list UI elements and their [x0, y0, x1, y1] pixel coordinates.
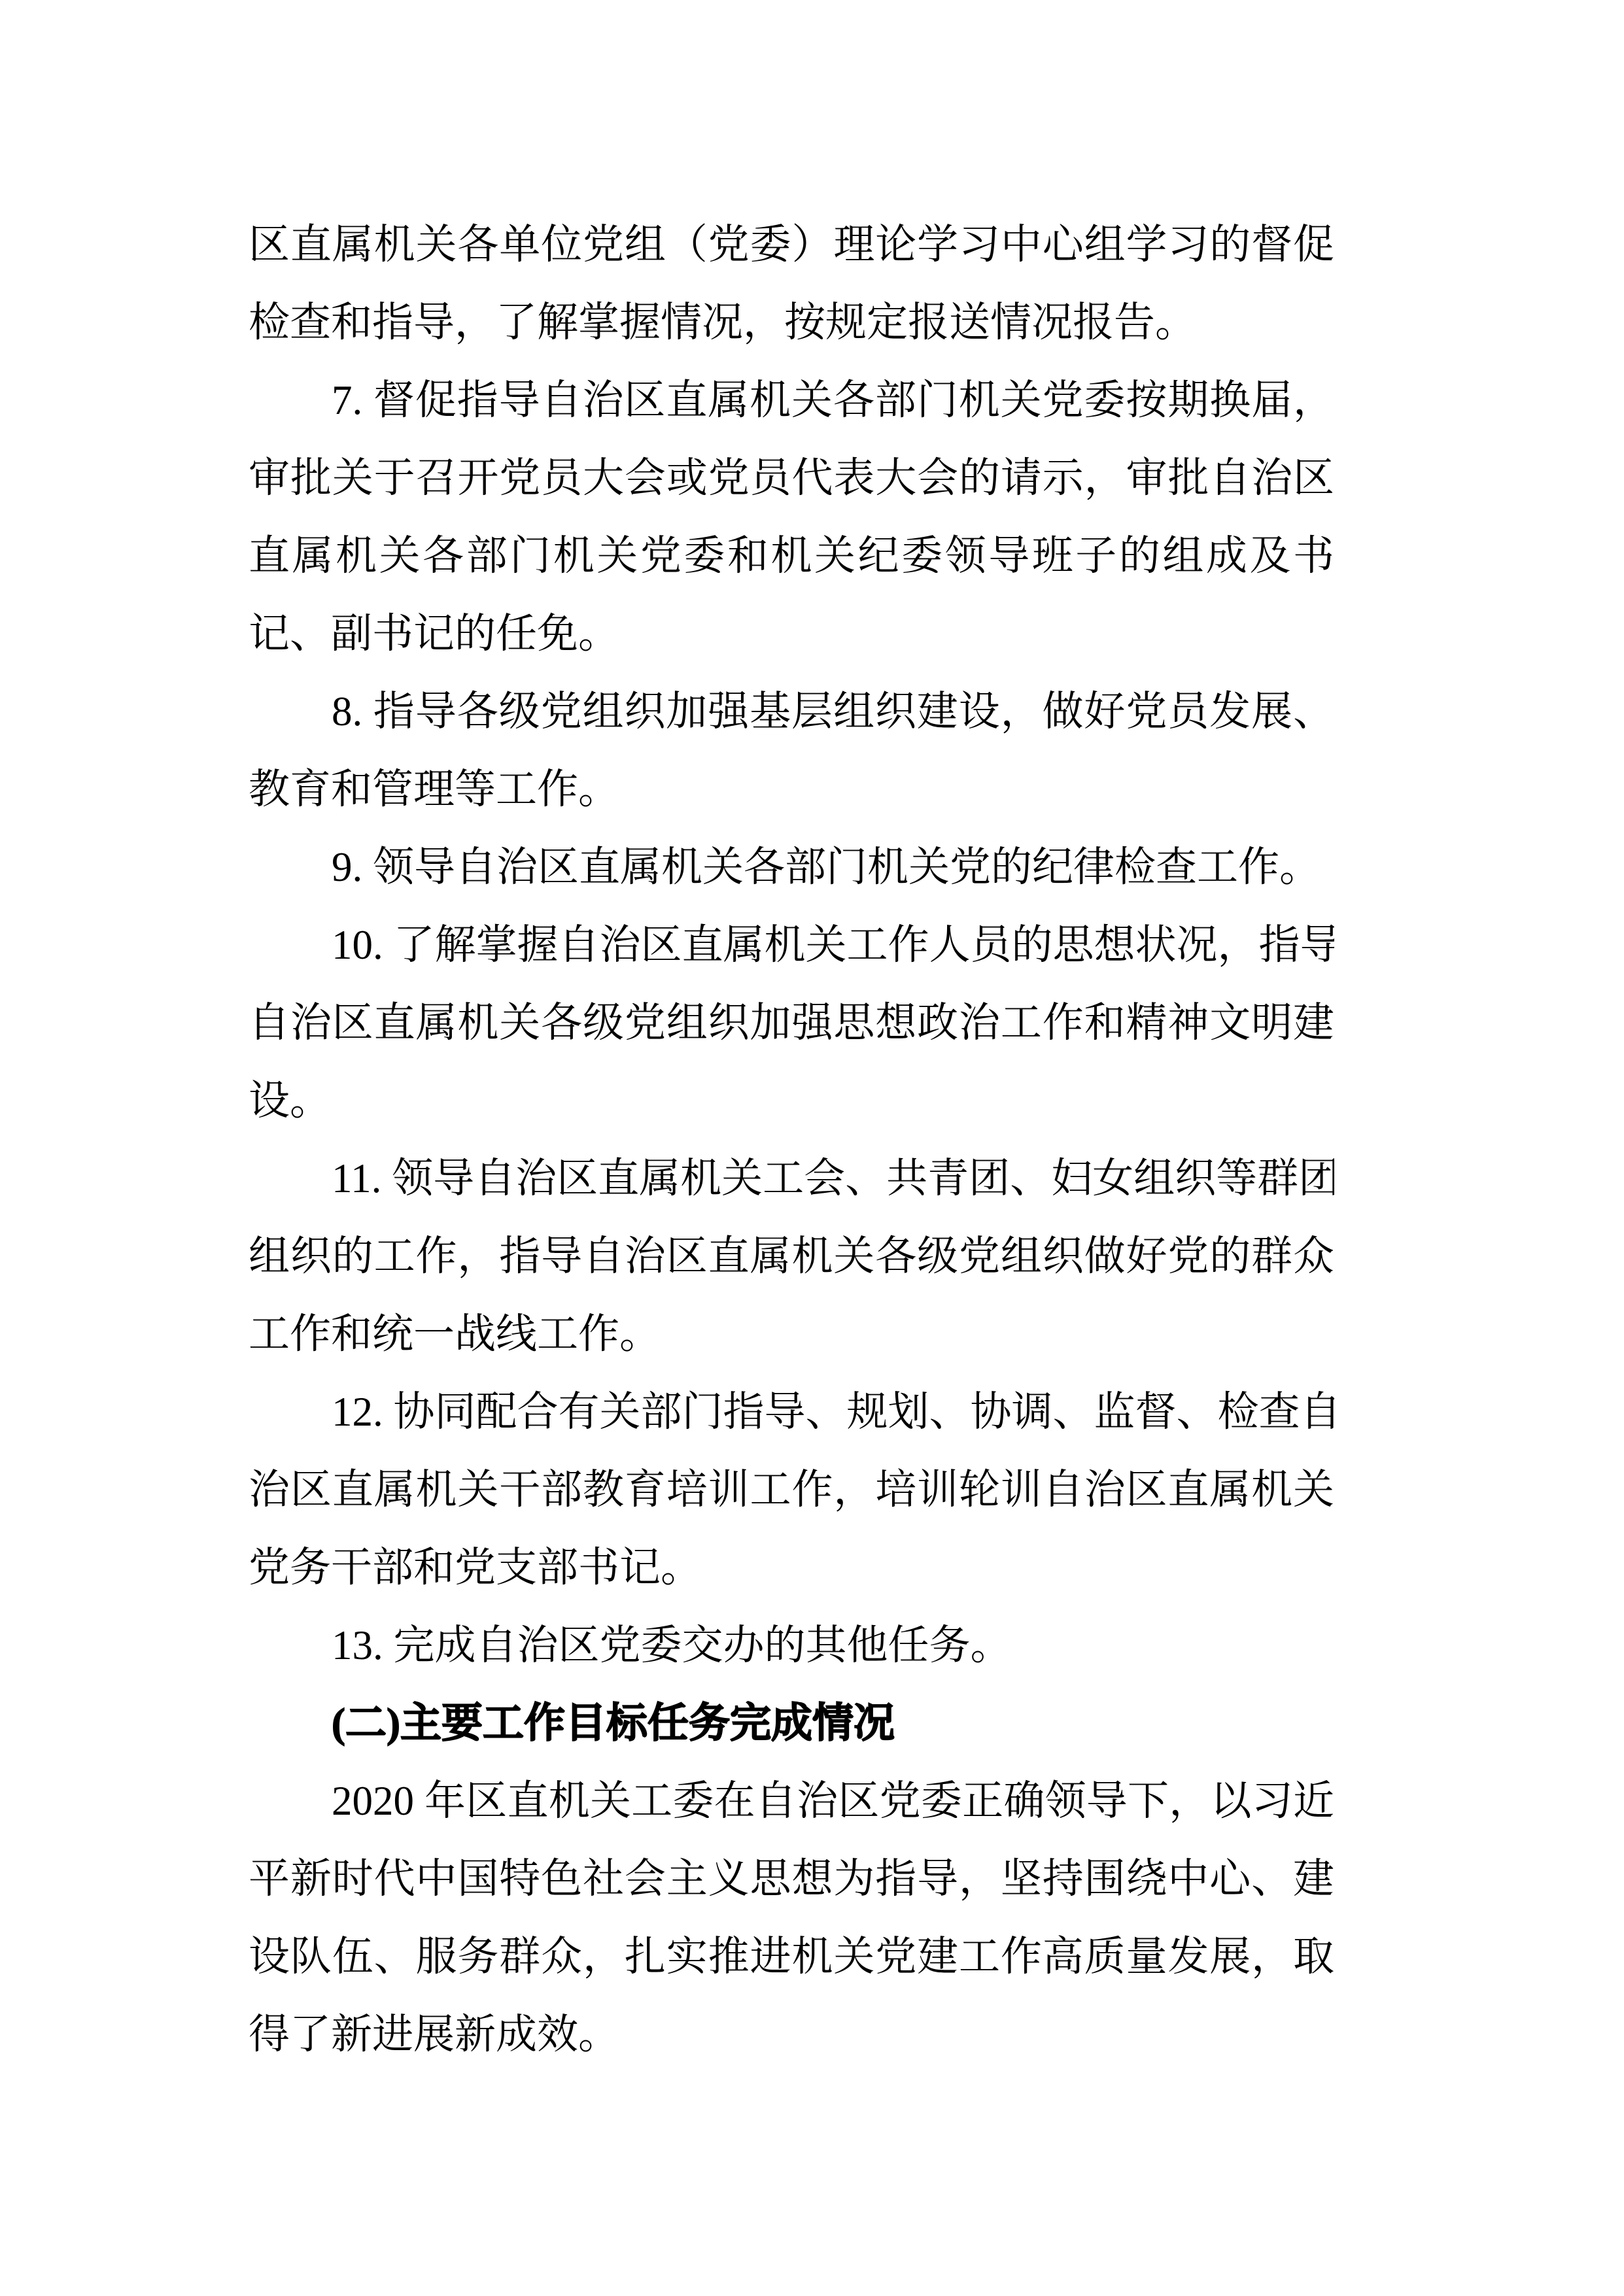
text-line: 设队伍、服务群众，扎实推进机关党建工作高质量发展，取 — [249, 1918, 1334, 1996]
text-line: 党务干部和党支部书记。 — [249, 1529, 1334, 1607]
text-line: 7. 督促指导自治区直属机关各部门机关党委按期换届， — [249, 362, 1334, 439]
section-heading: (二)主要工作目标任务完成情况 — [249, 1685, 1334, 1762]
text-line: 组织的工作，指导自治区直属机关各级党组织做好党的群众 — [249, 1218, 1334, 1295]
text-line: 13. 完成自治区党委交办的其他任务。 — [249, 1607, 1334, 1685]
text-line: 自治区直属机关各级党组织加强思想政治工作和精神文明建 — [249, 984, 1334, 1062]
text-line: 区直属机关各单位党组（党委）理论学习中心组学习的督促 — [249, 206, 1334, 284]
text-line: 12. 协同配合有关部门指导、规划、协调、监督、检查自 — [249, 1373, 1334, 1451]
document-page: 区直属机关各单位党组（党委）理论学习中心组学习的督促检查和指导，了解掌握情况，按… — [0, 0, 1624, 2296]
document-body: 区直属机关各单位党组（党委）理论学习中心组学习的督促检查和指导，了解掌握情况，按… — [249, 206, 1334, 2074]
text-line: 直属机关各部门机关党委和机关纪委领导班子的组成及书 — [249, 517, 1334, 595]
text-line: 10. 了解掌握自治区直属机关工作人员的思想状况，指导 — [249, 906, 1334, 984]
text-line: 11. 领导自治区直属机关工会、共青团、妇女组织等群团 — [249, 1140, 1334, 1218]
text-line: 设。 — [249, 1062, 1334, 1140]
text-line: 2020 年区直机关工委在自治区党委正确领导下，以习近 — [249, 1762, 1334, 1840]
text-line: 检查和指导，了解掌握情况，按规定报送情况报告。 — [249, 284, 1334, 362]
text-line: 得了新进展新成效。 — [249, 1996, 1334, 2074]
text-line: 审批关于召开党员大会或党员代表大会的请示，审批自治区 — [249, 439, 1334, 517]
text-line: 9. 领导自治区直属机关各部门机关党的纪律检查工作。 — [249, 829, 1334, 906]
text-line: 教育和管理等工作。 — [249, 751, 1334, 829]
text-line: 8. 指导各级党组织加强基层组织建设，做好党员发展、 — [249, 673, 1334, 751]
text-line: 平新时代中国特色社会主义思想为指导，坚持围绕中心、建 — [249, 1840, 1334, 1918]
text-line: 工作和统一战线工作。 — [249, 1295, 1334, 1373]
text-line: 记、副书记的任免。 — [249, 595, 1334, 673]
text-line: 治区直属机关干部教育培训工作，培训轮训自治区直属机关 — [249, 1451, 1334, 1529]
